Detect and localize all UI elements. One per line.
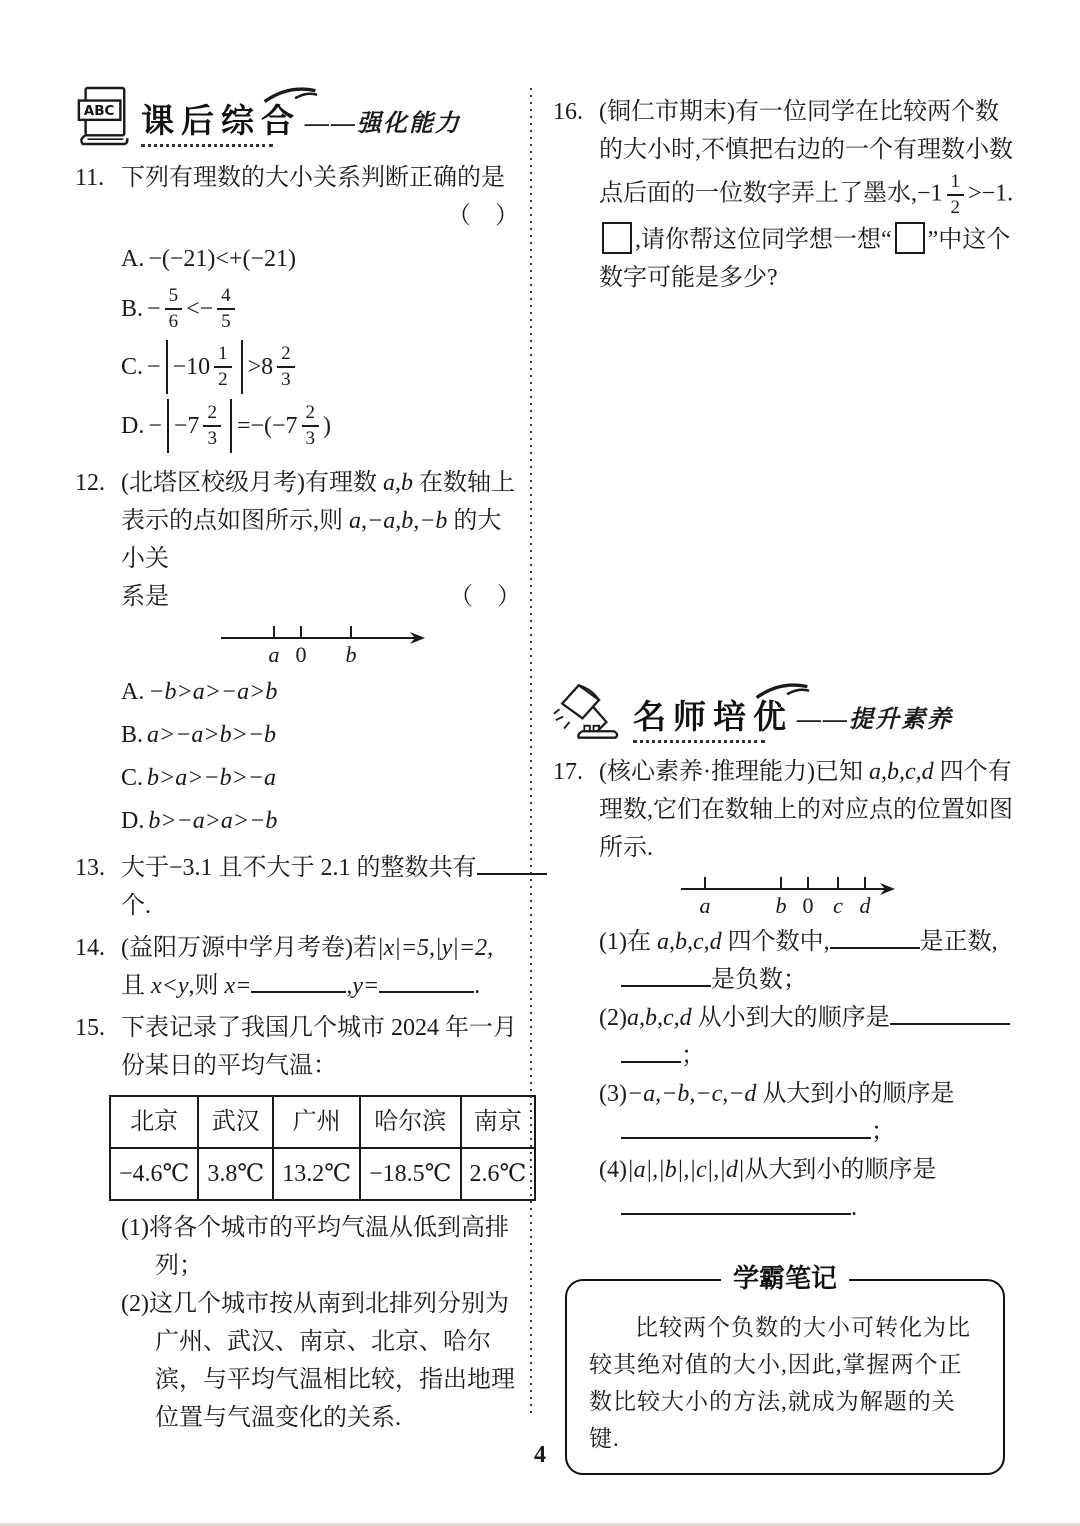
fraction: 23 xyxy=(277,343,295,391)
option-C: C.b>a>−b>−a xyxy=(121,759,521,797)
column-divider xyxy=(530,88,532,1414)
question-number: 15. xyxy=(75,1009,121,1047)
tick-label-a: a xyxy=(269,642,280,667)
ink-blot-box xyxy=(602,222,632,254)
option-D: D.b>−a>a>−b xyxy=(121,802,521,840)
table-cell: 13.2℃ xyxy=(273,1148,360,1200)
sub-question-2: (2)a,b,c,d 从小到大的顺序是 ； xyxy=(599,999,1015,1075)
question-number: 11. xyxy=(75,159,121,197)
table-header-cell: 北京 xyxy=(110,1096,198,1148)
question-text: 下表记录了我国几个城市 2024 年一月份某日的平均气温： xyxy=(121,1009,521,1085)
table-header-cell: 南京 xyxy=(461,1096,536,1148)
left-column: ABC 课后综合 ——强化能力 11. 下列有理数的大小关系判断正确的是 （ ） xyxy=(75,85,521,1437)
tick-label-d: d xyxy=(860,893,872,918)
question-11: 11. 下列有理数的大小关系判断正确的是 （ ） A. −(−21)<+(−21… xyxy=(75,159,521,458)
question-number: 13. xyxy=(75,849,121,887)
answer-blank xyxy=(830,927,920,949)
question-14: 14. (益阳万源中学月考卷)若|x|=5,|y|=2, 且 x<y,则 x=,… xyxy=(75,929,521,1005)
answer-blank xyxy=(379,971,474,993)
table-value-row: −4.6℃ 3.8℃ 13.2℃ −18.5℃ 2.6℃ xyxy=(110,1148,535,1200)
section-subtitle: ——提升素养 xyxy=(797,705,953,735)
question-number: 12. xyxy=(75,464,121,502)
dots-underline xyxy=(633,740,765,743)
question-17: 17. (核心素养·推理能力)已知 a,b,c,d 四个有理数,它们在数轴上的对… xyxy=(553,753,1015,1227)
option-B: B. − 56 <− 45 xyxy=(121,283,521,335)
section-header-master-training: 名师培优 ——提升素养 xyxy=(553,679,1015,743)
table-cell: −4.6℃ xyxy=(110,1148,198,1200)
number-line-q12: a 0 b xyxy=(221,622,426,668)
table-cell: −18.5℃ xyxy=(360,1148,460,1200)
section-title: 名师培优 xyxy=(633,697,793,737)
question-text: 个. xyxy=(121,887,521,925)
question-12: 12. (北塔区校级月考)有理数 a,b 在数轴上表示的点如图所示,则 a,−a… xyxy=(75,464,521,845)
section-header-after-class: ABC 课后综合 ——强化能力 xyxy=(75,85,521,147)
absolute-value-bar xyxy=(241,340,243,394)
table-header-cell: 武汉 xyxy=(198,1096,273,1148)
fraction: 56 xyxy=(165,285,183,333)
fraction: 45 xyxy=(217,285,235,333)
question-15: 15. 下表记录了我国几个城市 2024 年一月份某日的平均气温： 北京 武汉 … xyxy=(75,1009,521,1437)
question-13: 13. 大于−3.1 且不大于 2.1 的整数共有 个. xyxy=(75,849,521,925)
section-subtitle: ——强化能力 xyxy=(305,109,461,139)
fraction: 23 xyxy=(203,402,221,450)
book-abc-icon: ABC xyxy=(75,85,131,147)
answer-blank xyxy=(251,971,346,993)
study-note-text: 比较两个负数的大小可转化为比较其绝对值的大小,因此,掌握两个正数比较大小的方法,… xyxy=(589,1309,981,1457)
sub-question-2: (2)这几个城市按从南到北排列分别为广州、武汉、南京、北京、哈尔滨，与平均气温相… xyxy=(121,1285,521,1437)
question-text: 下列有理数的大小关系判断正确的是 xyxy=(121,159,521,197)
option-C: C. − −10 12 >8 23 xyxy=(121,340,521,394)
fraction: 12 xyxy=(214,343,232,391)
option-A: A.−b>a>−a>b xyxy=(121,673,521,711)
option-B: B.a>−a>b>−b xyxy=(121,716,521,754)
sub-question-3: (3)−a,−b,−c,−d 从大到小的顺序是 ； xyxy=(599,1075,1015,1151)
study-note-title: 学霸笔记 xyxy=(721,1262,849,1296)
answer-blank xyxy=(621,965,711,987)
absolute-value-bar xyxy=(230,399,232,453)
section-title: 课后综合 xyxy=(141,101,301,141)
option-D: D. − −7 23 =−(−7 23 ) xyxy=(121,399,521,453)
sub-question-1: (1)将各个城市的平均气温从低到高排列； xyxy=(121,1209,521,1285)
question-text: 大于−3.1 且不大于 2.1 的整数共有 xyxy=(121,855,477,881)
number-line-q17: a b 0 c d xyxy=(681,873,896,919)
temperature-table: 北京 武汉 广州 哈尔滨 南京 −4.6℃ 3.8℃ 13.2℃ −18.5℃ … xyxy=(109,1095,536,1201)
fraction: 23 xyxy=(302,402,320,450)
dots-underline xyxy=(141,144,273,147)
question-text: (北塔区校级月考)有理数 a,b 在数轴上表示的点如图所示,则 a,−a,b,−… xyxy=(121,464,521,578)
absolute-value-bar xyxy=(167,399,169,453)
swoosh-icon xyxy=(259,83,321,105)
table-cell: 2.6℃ xyxy=(461,1148,536,1200)
answer-blank xyxy=(890,1003,1010,1025)
tick-label-c: c xyxy=(833,893,843,918)
table-cell: 3.8℃ xyxy=(198,1148,273,1200)
tick-label-b: b xyxy=(776,893,787,918)
sub-question-1: (1)在 a,b,c,d 四个数中,是正数, 是负数； xyxy=(599,923,1015,999)
answer-blank xyxy=(621,1193,851,1215)
answer-blank xyxy=(621,1117,871,1139)
question-16: 16. (铜仁市期末)有一位同学在比较两个数的大小时,不慎把右边的一个有理数小数… xyxy=(553,93,1015,297)
fraction: 12 xyxy=(947,171,965,219)
ink-blot-box xyxy=(895,222,925,254)
table-header-row: 北京 武汉 广州 哈尔滨 南京 xyxy=(110,1096,535,1148)
tick-label-0: 0 xyxy=(803,893,814,918)
page-number: 4 xyxy=(0,1436,1080,1474)
answer-blank xyxy=(621,1041,681,1063)
desk-lamp-icon xyxy=(553,679,623,743)
worksheet-page: ABC 课后综合 ——强化能力 11. 下列有理数的大小关系判断正确的是 （ ） xyxy=(0,0,1080,1526)
answer-brackets: （ ） xyxy=(449,578,521,616)
answer-brackets: （ ） xyxy=(121,197,521,235)
absolute-value-bar xyxy=(166,340,168,394)
question-number: 16. xyxy=(553,93,599,131)
question-text: (益阳万源中学月考卷)若 xyxy=(121,935,377,961)
question-number: 17. xyxy=(553,753,599,791)
question-text: (核心素养·推理能力)已知 a,b,c,d 四个有理数,它们在数轴上的对应点的位… xyxy=(599,753,1015,867)
abc-badge: ABC xyxy=(84,103,115,119)
table-header-cell: 广州 xyxy=(273,1096,360,1148)
option-expression: −(−21)<+(−21) xyxy=(148,240,296,278)
question-number: 14. xyxy=(75,929,121,967)
sub-question-4: (4)|a|,|b|,|c|,|d|从大到小的顺序是 . xyxy=(599,1151,1015,1227)
tick-label-0: 0 xyxy=(296,642,307,667)
tick-label-b: b xyxy=(346,642,357,667)
right-column: 16. (铜仁市期末)有一位同学在比较两个数的大小时,不慎把右边的一个有理数小数… xyxy=(553,85,1015,1475)
question-text: 系是 xyxy=(121,578,169,616)
option-A: A. −(−21)<+(−21) xyxy=(121,240,521,278)
answer-blank xyxy=(477,853,547,875)
tick-label-a: a xyxy=(700,893,711,918)
table-header-cell: 哈尔滨 xyxy=(360,1096,460,1148)
swoosh-icon xyxy=(751,679,813,701)
